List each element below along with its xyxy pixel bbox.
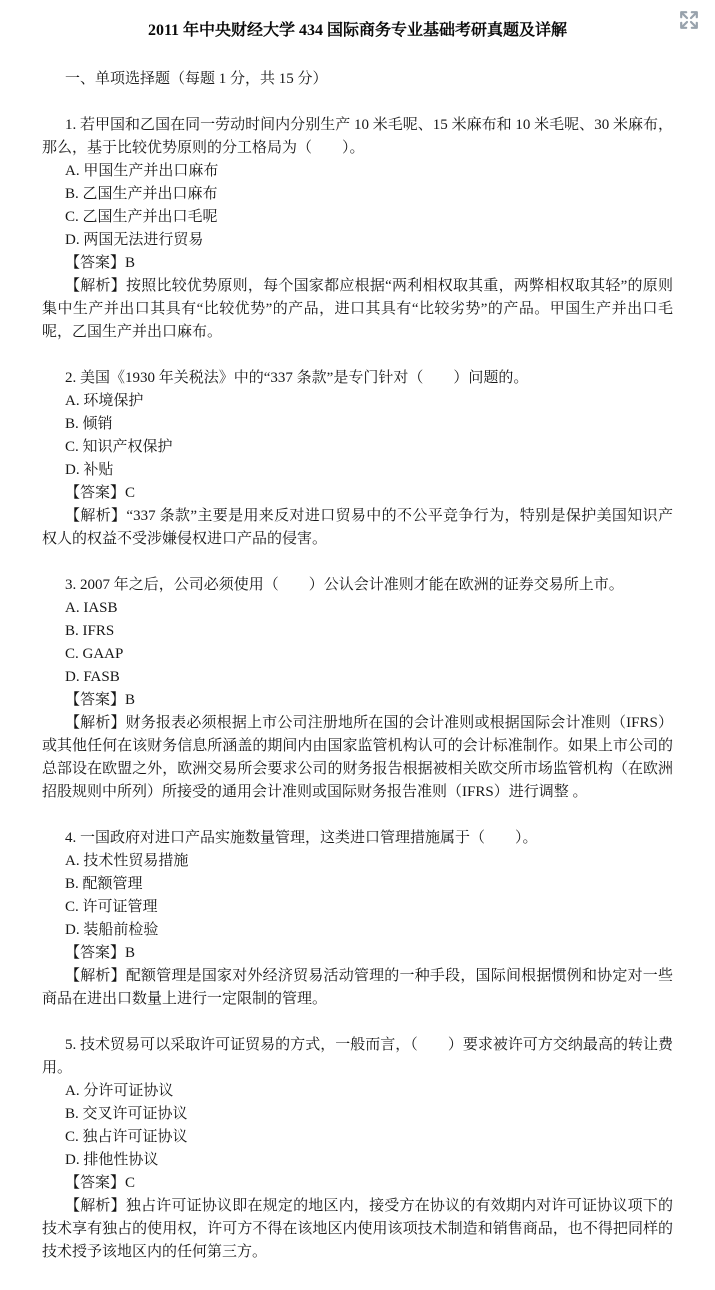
- question-stem: 5. 技术贸易可以采取许可证贸易的方式，一般而言，（ ）要求被许可方交纳最高的转…: [42, 1034, 673, 1080]
- option-line: A. 分许可证协议: [42, 1080, 673, 1103]
- analysis-text: 独占许可证协议即在规定的地区内，接受方在协议的有效期内对许可证协议项下的技术享有…: [42, 1198, 673, 1260]
- option-line: D. FASB: [42, 666, 673, 689]
- option-line: A. IASB: [42, 597, 673, 620]
- answer-value: C: [125, 1175, 135, 1191]
- option-line: B. IFRS: [42, 620, 673, 643]
- option-line: B. 交叉许可证协议: [42, 1103, 673, 1126]
- option-line: C. 独占许可证协议: [42, 1126, 673, 1149]
- answer-value: B: [125, 945, 135, 961]
- answer-label: 【答案】: [65, 255, 125, 271]
- option-line: D. 补贴: [42, 459, 673, 482]
- option-line: D. 排他性协议: [42, 1149, 673, 1172]
- option-line: C. 知识产权保护: [42, 436, 673, 459]
- option-line: A. 技术性贸易措施: [42, 850, 673, 873]
- option-line: A. 环境保护: [42, 390, 673, 413]
- answer-label: 【答案】: [65, 692, 125, 708]
- question-block: 5. 技术贸易可以采取许可证贸易的方式，一般而言，（ ）要求被许可方交纳最高的转…: [42, 1034, 673, 1264]
- analysis-paragraph: 【解析】“337 条款”主要是用来反对进口贸易中的不公平竞争行为，特别是保护美国…: [42, 505, 673, 551]
- answer-value: B: [125, 255, 135, 271]
- answer-value: C: [125, 485, 135, 501]
- page-title: 2011 年中央财经大学 434 国际商务专业基础考研真题及详解: [42, 20, 673, 42]
- question-block: 2. 美国《1930 年关税法》中的“337 条款”是专门针对（ ）问题的。 A…: [42, 367, 673, 551]
- analysis-label: 【解析】: [65, 278, 126, 294]
- question-block: 1. 若甲国和乙国在同一劳动时间内分别生产 10 米毛呢、15 米麻布和 10 …: [42, 114, 673, 344]
- document-page: 2011 年中央财经大学 434 国际商务专业基础考研真题及详解 一、单项选择题…: [0, 0, 715, 1290]
- option-line: C. 乙国生产并出口毛呢: [42, 206, 673, 229]
- question-options: A. 分许可证协议B. 交叉许可证协议C. 独占许可证协议D. 排他性协议: [42, 1080, 673, 1172]
- analysis-label: 【解析】: [65, 508, 126, 524]
- analysis-paragraph: 【解析】配额管理是国家对外经济贸易活动管理的一种手段，国际间根据惯例和协定对一些…: [42, 965, 673, 1011]
- option-line: B. 乙国生产并出口麻布: [42, 183, 673, 206]
- question-block: 4. 一国政府对进口产品实施数量管理，这类进口管理措施属于（ ）。 A. 技术性…: [42, 827, 673, 1011]
- question-stem: 3. 2007 年之后，公司必须使用（ ）公认会计准则才能在欧洲的证券交易所上市…: [42, 574, 673, 597]
- option-line: A. 甲国生产并出口麻布: [42, 160, 673, 183]
- analysis-text: 配额管理是国家对外经济贸易活动管理的一种手段，国际间根据惯例和协定对一些商品在进…: [42, 968, 673, 1007]
- question-options: A. 环境保护B. 倾销C. 知识产权保护D. 补贴: [42, 390, 673, 482]
- analysis-text: 按照比较优势原则，每个国家都应根据“两利相权取其重，两弊相权取其轻”的原则集中生…: [42, 278, 673, 340]
- question-stem: 4. 一国政府对进口产品实施数量管理，这类进口管理措施属于（ ）。: [42, 827, 673, 850]
- answer-label: 【答案】: [65, 485, 125, 501]
- option-line: C. 许可证管理: [42, 896, 673, 919]
- question-stem: 2. 美国《1930 年关税法》中的“337 条款”是专门针对（ ）问题的。: [42, 367, 673, 390]
- analysis-text: 财务报表必须根据上市公司注册地所在国的会计准则或根据国际会计准则（IFRS）或其…: [42, 715, 673, 800]
- section-heading: 一、单项选择题（每题 1 分，共 15 分）: [42, 68, 673, 91]
- question-stem: 1. 若甲国和乙国在同一劳动时间内分别生产 10 米毛呢、15 米麻布和 10 …: [42, 114, 673, 160]
- option-line: D. 两国无法进行贸易: [42, 229, 673, 252]
- option-line: C. GAAP: [42, 643, 673, 666]
- expand-arrows-glyph: [677, 8, 701, 32]
- expand-icon[interactable]: [676, 7, 702, 33]
- answer-line: 【答案】B: [42, 942, 673, 965]
- analysis-text: “337 条款”主要是用来反对进口贸易中的不公平竞争行为，特别是保护美国知识产权…: [42, 508, 673, 547]
- analysis-paragraph: 【解析】按照比较优势原则，每个国家都应根据“两利相权取其重，两弊相权取其轻”的原…: [42, 275, 673, 344]
- answer-label: 【答案】: [65, 1175, 125, 1191]
- answer-line: 【答案】C: [42, 482, 673, 505]
- question-options: A. IASBB. IFRSC. GAAPD. FASB: [42, 597, 673, 689]
- question-options: A. 甲国生产并出口麻布B. 乙国生产并出口麻布C. 乙国生产并出口毛呢D. 两…: [42, 160, 673, 252]
- analysis-label: 【解析】: [65, 1198, 126, 1214]
- answer-value: B: [125, 692, 135, 708]
- option-line: D. 装船前检验: [42, 919, 673, 942]
- option-line: B. 配额管理: [42, 873, 673, 896]
- answer-line: 【答案】C: [42, 1172, 673, 1195]
- analysis-paragraph: 【解析】独占许可证协议即在规定的地区内，接受方在协议的有效期内对许可证协议项下的…: [42, 1195, 673, 1264]
- question-options: A. 技术性贸易措施B. 配额管理C. 许可证管理D. 装船前检验: [42, 850, 673, 942]
- answer-line: 【答案】B: [42, 252, 673, 275]
- answer-label: 【答案】: [65, 945, 125, 961]
- question-block: 3. 2007 年之后，公司必须使用（ ）公认会计准则才能在欧洲的证券交易所上市…: [42, 574, 673, 804]
- option-line: B. 倾销: [42, 413, 673, 436]
- analysis-paragraph: 【解析】财务报表必须根据上市公司注册地所在国的会计准则或根据国际会计准则（IFR…: [42, 712, 673, 804]
- analysis-label: 【解析】: [65, 968, 126, 984]
- answer-line: 【答案】B: [42, 689, 673, 712]
- analysis-label: 【解析】: [65, 715, 126, 731]
- questions-list: 1. 若甲国和乙国在同一劳动时间内分别生产 10 米毛呢、15 米麻布和 10 …: [42, 114, 673, 1264]
